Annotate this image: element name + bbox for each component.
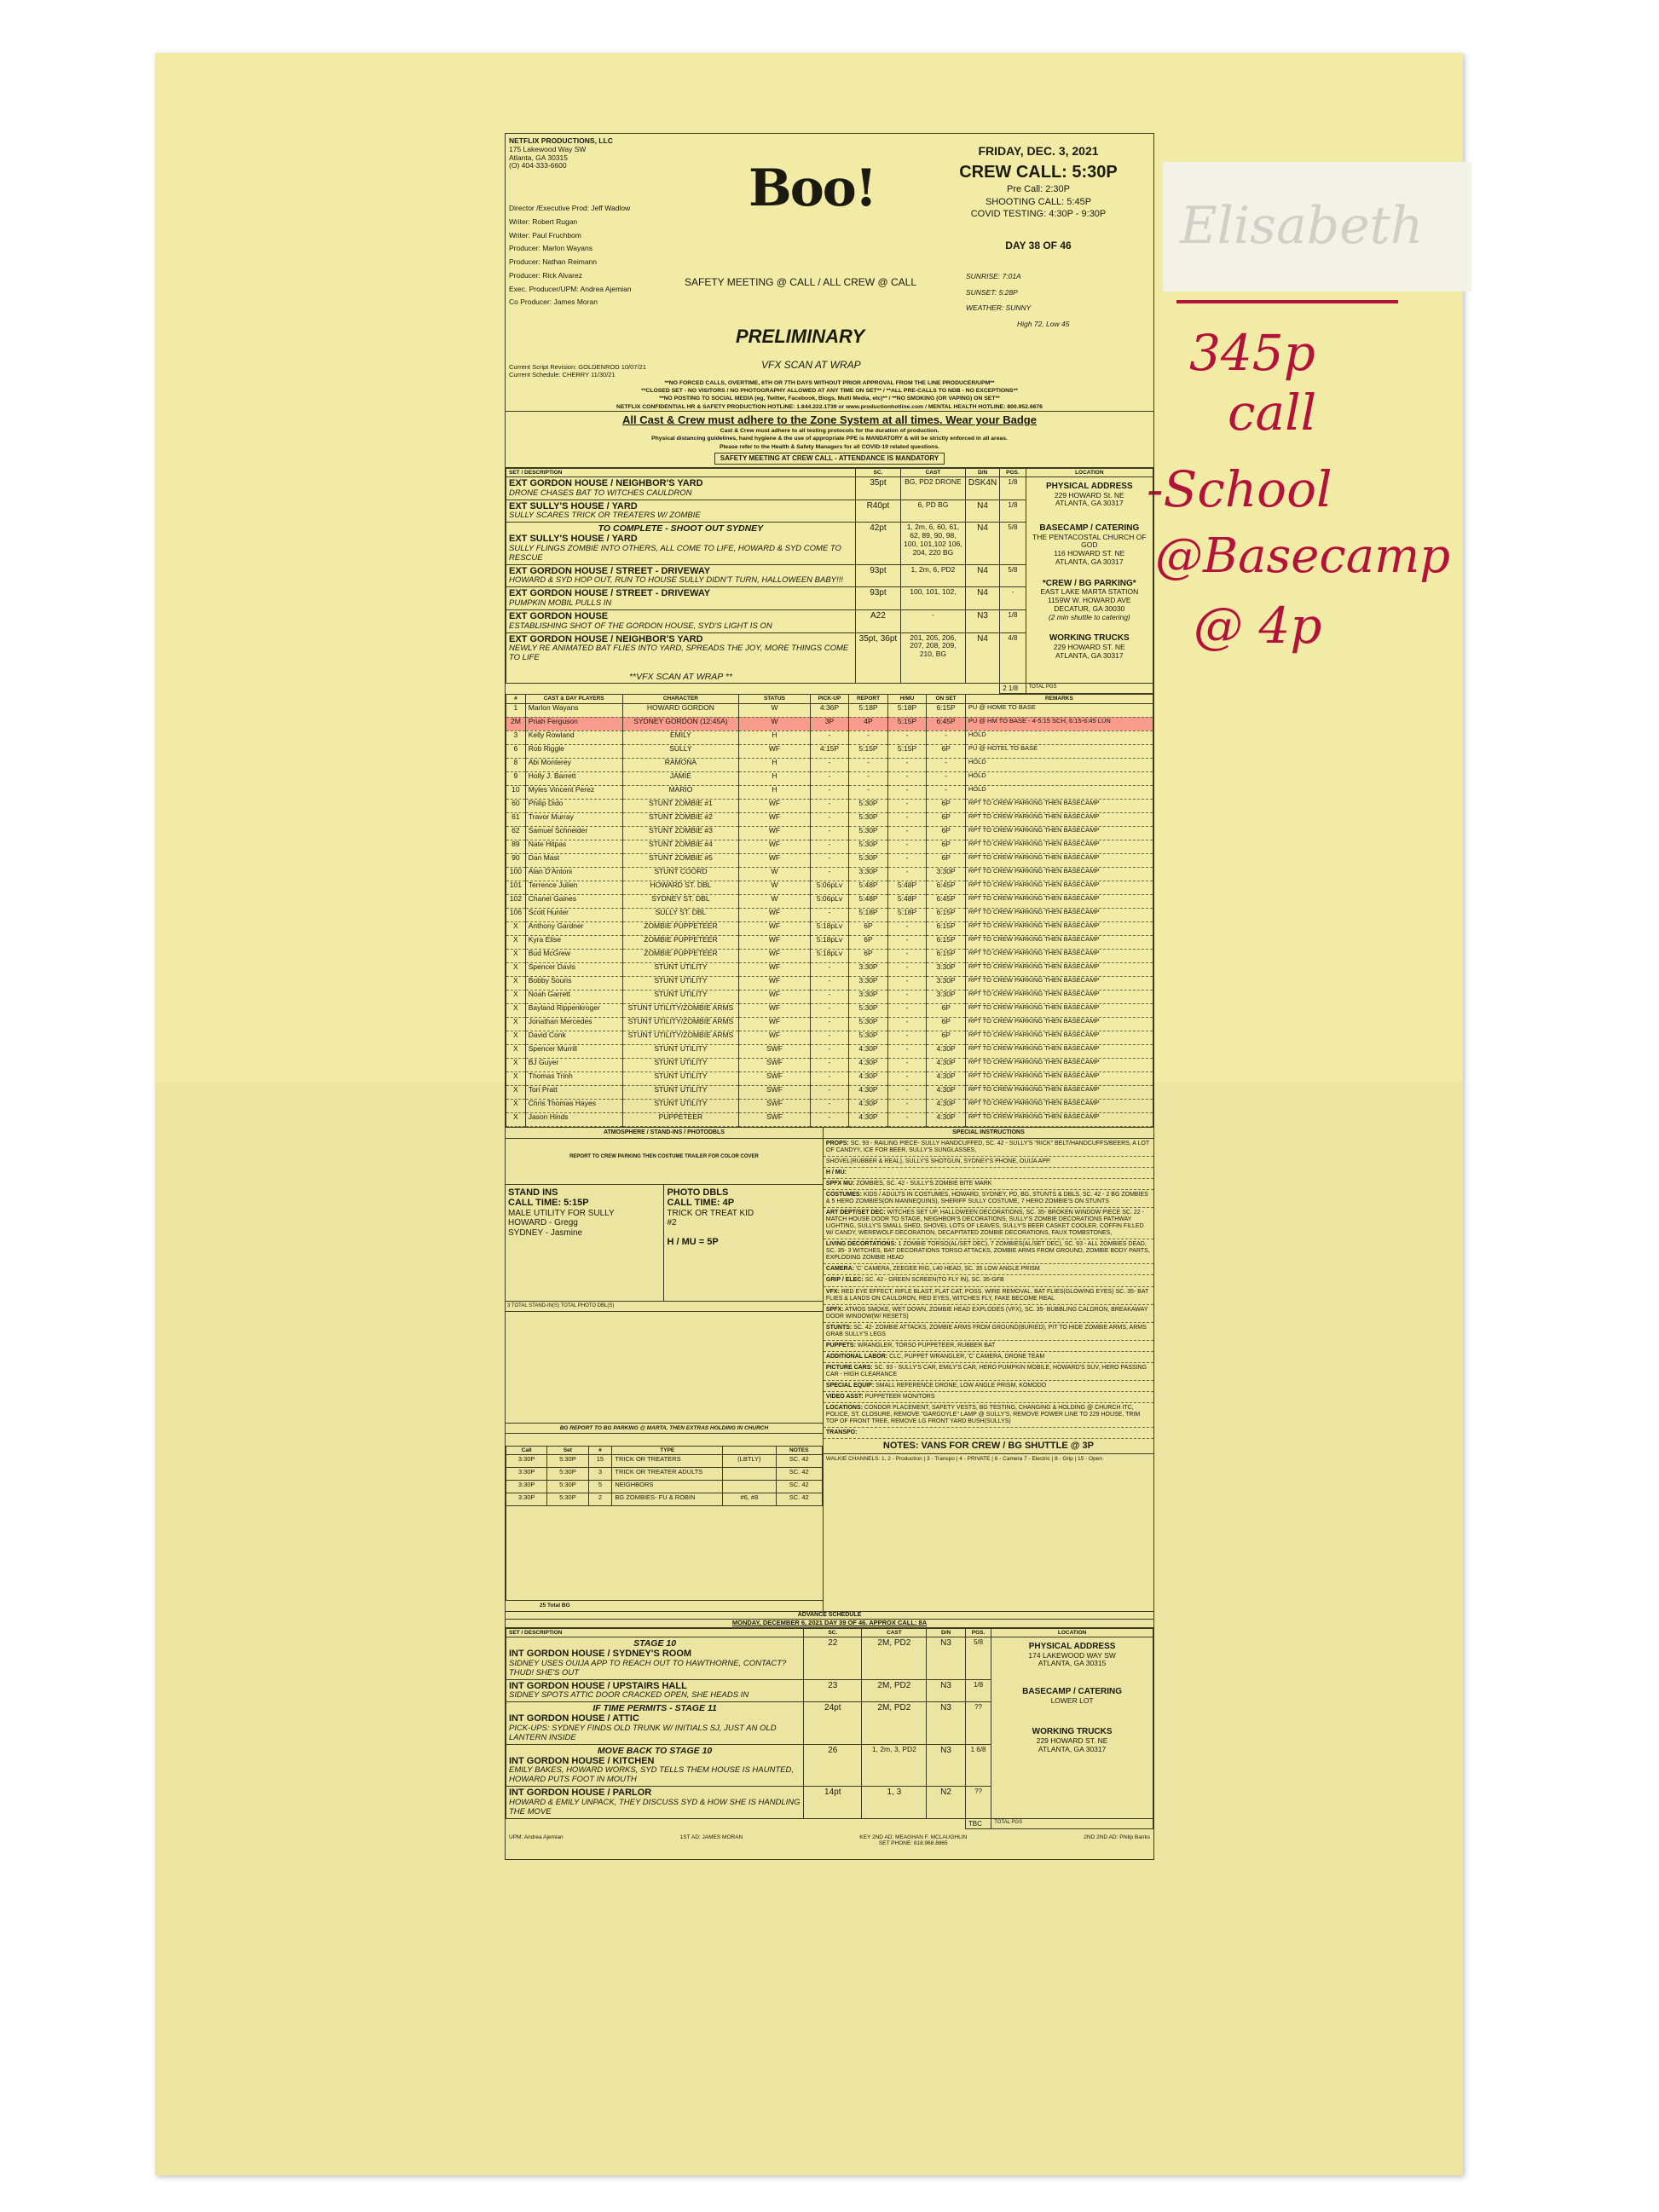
crew-writer-1: Writer: Robert Rugan: [509, 218, 679, 227]
sunrise: SUNRISE: 7:01A: [966, 273, 1145, 281]
cast-number: 10: [506, 785, 526, 799]
character: ZOMBIE PUPPETEER: [622, 949, 739, 962]
scene-cast: -: [900, 609, 965, 632]
col-dn: D/N: [965, 468, 999, 476]
col-location: LOCATION: [991, 1628, 1153, 1637]
cast-number: 106: [506, 908, 526, 921]
character: MARIO: [622, 785, 739, 799]
pickup: -: [810, 785, 849, 799]
status: WF: [739, 812, 810, 826]
report: 3:30P: [849, 976, 888, 990]
scene-dn: N3: [965, 609, 999, 632]
report: 3:30P: [849, 962, 888, 976]
character: EMILY: [622, 731, 739, 744]
pickup: 3P: [810, 717, 849, 731]
handwritten-note-1: 345p: [1189, 324, 1315, 382]
revisions: Current Script Revision: GOLDENROD 10/07…: [509, 364, 646, 378]
handwritten-note-4: @Basecamp: [1155, 528, 1450, 584]
standin-line: MALE UTILITY FOR SULLY: [508, 1209, 661, 1219]
col-pgs: PGS.: [965, 1628, 991, 1637]
col-remarks: REMARKS: [965, 695, 1153, 703]
hmu: -: [887, 771, 927, 785]
onset: -: [927, 785, 966, 799]
report: 5:30P: [849, 853, 888, 867]
location-line: LOWER LOT: [994, 1697, 1150, 1706]
bg-count: 15: [588, 1455, 612, 1468]
location-title: BASECAMP / CATERING: [994, 1687, 1150, 1697]
cast-number: 8: [506, 758, 526, 771]
scene-dn: N3: [927, 1702, 966, 1745]
zone-line: Please refer to the Health & Safety Mana…: [506, 443, 1153, 452]
scene-cast: 1, 2m, 6, PD2: [900, 564, 965, 587]
onset: 3:30P: [927, 867, 966, 881]
cast-name: David Conk: [525, 1031, 622, 1044]
status: W: [739, 867, 810, 881]
scene-pre-note: MOVE BACK TO STAGE 10: [509, 1746, 801, 1756]
onset: 6P: [927, 826, 966, 840]
cast-row: XThomas TrinhSTUNT UTILITYSWF-4:30P-4:30…: [506, 1071, 1153, 1085]
bg-extra: [723, 1481, 776, 1493]
bg-total: 25 Total BG: [506, 1600, 823, 1610]
cast-row: 89Nate HitpasSTUNT ZOMBIE #4WF-5:30P-6PR…: [506, 840, 1153, 853]
vfx-scan-note: **VFX SCAN AT WRAP **: [509, 672, 853, 682]
status: WF: [739, 962, 810, 976]
transpo-notes: NOTES: VANS FOR CREW / BG SHUTTLE @ 3P: [824, 1439, 1153, 1454]
hmu: -: [887, 1017, 927, 1031]
onset: -: [927, 758, 966, 771]
cast-table: # CAST & DAY PLAYERS CHARACTER STATUS PI…: [506, 694, 1153, 1126]
special-line: ART DEPT/SET DEC: WITCHES SET UP, HALLOW…: [824, 1208, 1153, 1239]
onset: -: [927, 771, 966, 785]
cast-row: XBJ GuyerSTUNT UTILITYSWF-4:30P-4:30PRPT…: [506, 1058, 1153, 1071]
character: JAMIE: [622, 771, 739, 785]
character: STUNT UTILITY: [622, 1044, 739, 1058]
special-label: GRIP / ELEC:: [826, 1277, 864, 1283]
special-label: TRANSPO:: [826, 1429, 858, 1435]
cast-number: X: [506, 1044, 526, 1058]
hmu: -: [887, 949, 927, 962]
cast-name: Nate Hitpas: [525, 840, 622, 853]
onset: 6P: [927, 840, 966, 853]
footer-key-2nd-ad: KEY 2ND AD: MEAGHAN F. MCLAUGHLIN: [859, 1834, 967, 1840]
status: WF: [739, 1017, 810, 1031]
pickup: -: [810, 826, 849, 840]
cast-name: Chris Thomas Hayes: [525, 1099, 622, 1112]
scene-pgs: 4/8: [1000, 632, 1026, 684]
bg-report-note: BG REPORT TO BG PARKING @ MARTA, THEN EX…: [506, 1423, 823, 1434]
col-sc: SC.: [855, 468, 900, 476]
special-label: ART DEPT/SET DEC:: [826, 1210, 886, 1216]
cast-name: Marlon Wayans: [525, 703, 622, 717]
cast-number: 60: [506, 799, 526, 812]
bg-type: TRICK OR TREATER ADULTS: [612, 1468, 723, 1481]
atmos-special-section: ATMOSPHERE / STAND-INS / PHOTODBLS REPOR…: [506, 1127, 1153, 1611]
phone: (O) 404-333-6600: [509, 162, 679, 170]
zone-system-notice: All Cast & Crew must adhere to the Zone …: [506, 412, 1153, 468]
onset: 4:30P: [927, 1044, 966, 1058]
remarks: RPT TO CREW PARKING THEN BASECAMP: [965, 1085, 1153, 1099]
character: STUNT UTILITY: [622, 1085, 739, 1099]
bg-table: Call Set # TYPE NOTES 3:30P5:30P15TRICK …: [506, 1446, 823, 1506]
scene-row: EXT GORDON HOUSE / NEIGHBOR'S YARDDRONE …: [506, 477, 1153, 500]
special-line: COSTUMES: KIDS / ADULTS IN COSTUMES, HOW…: [824, 1190, 1153, 1208]
special-text: ZOMBIES, SC. 42 - SULLY'S ZOMBIE BITE MA…: [856, 1181, 991, 1187]
scene-cast: 2M, PD2: [862, 1637, 927, 1680]
cast-row: XTori PrattSTUNT UTILITYSWF-4:30P-4:30PR…: [506, 1085, 1153, 1099]
hmu: 5:15P: [887, 717, 927, 731]
cast-number: 89: [506, 840, 526, 853]
scene-dn: N3: [927, 1744, 966, 1787]
onset: 6P: [927, 799, 966, 812]
report: -: [849, 758, 888, 771]
col-dn: D/N: [927, 1628, 966, 1637]
total-pages: 2 1/8: [1000, 684, 1026, 694]
pickup: -: [810, 1058, 849, 1071]
character: STUNT UTILITY: [622, 962, 739, 976]
remarks: RPT TO CREW PARKING THEN BASECAMP: [965, 990, 1153, 1003]
character: PUPPETEER: [622, 1112, 739, 1126]
special-label: SPECIAL EQUIP:: [826, 1383, 874, 1389]
col-bg-notes: NOTES: [776, 1447, 822, 1455]
remarks: RPT TO CREW PARKING THEN BASECAMP: [965, 1112, 1153, 1126]
report: 5:30P: [849, 1031, 888, 1044]
current-schedule: Current Schedule: CHERRY 11/30/21: [509, 372, 646, 379]
status: WF: [739, 935, 810, 949]
footer-upm: UPM: Andrea Ajemian: [509, 1834, 564, 1847]
pickup: -: [810, 1044, 849, 1058]
bg-call: 3:30P: [506, 1455, 547, 1468]
sticky-note: Elisabeth: [1163, 162, 1471, 292]
special-line: STUNTS: SC. 42- ZOMBIE ATTACKS, ZOMBIE A…: [824, 1323, 1153, 1341]
report: 4:30P: [849, 1058, 888, 1071]
location-title: PHYSICAL ADDRESS: [1029, 482, 1150, 492]
handwritten-rule: [1176, 300, 1398, 303]
pickup: -: [810, 1071, 849, 1085]
walkie-channels: WALKIE CHANNELS: 1, 2 - Production | 3 -…: [824, 1454, 1153, 1464]
cast-number: 101: [506, 881, 526, 894]
special-label: SPFX:: [826, 1307, 844, 1313]
bg-set: 5:30P: [547, 1493, 588, 1506]
cast-row: XChris Thomas HayesSTUNT UTILITYSWF-4:30…: [506, 1099, 1153, 1112]
special-header: SPECIAL INSTRUCTIONS: [824, 1128, 1153, 1139]
status: SWF: [739, 1071, 810, 1085]
remarks: PU @ HM TO BASE - 4-5:15 SCH, 6:15-6:45 …: [965, 717, 1153, 731]
cast-name: Travor Murray: [525, 812, 622, 826]
location-line: ATLANTA, GA 30317: [1029, 558, 1150, 567]
bg-extra: #6, #8: [723, 1493, 776, 1506]
hmu: -: [887, 826, 927, 840]
cast-name: Spencer Davis: [525, 962, 622, 976]
pickup: -: [810, 1017, 849, 1031]
cast-name: Terrence Julien: [525, 881, 622, 894]
hmu: -: [887, 1112, 927, 1126]
scene-dn: N3: [927, 1679, 966, 1702]
pickup: 5:18pLv: [810, 935, 849, 949]
special-line: VIDEO ASST: PUPPETEER MONITORS: [824, 1392, 1153, 1403]
status: WF: [739, 949, 810, 962]
sunset: SUNSET: 5:28P: [966, 289, 1145, 297]
cast-name: Scott Hunter: [525, 908, 622, 921]
remarks: RPT TO CREW PARKING THEN BASECAMP: [965, 826, 1153, 840]
cast-number: X: [506, 921, 526, 935]
special-label: PUPPETS:: [826, 1343, 856, 1349]
character: STUNT ZOMBIE #4: [622, 840, 739, 853]
col-cast: CAST: [862, 1628, 927, 1637]
special-text: SMALL REFERENCE DRONE, LOW ANGLE PRISM, …: [876, 1383, 1046, 1389]
bg-type: BG ZOMBIES- FU & ROBIN: [612, 1493, 723, 1506]
col-report: REPORT: [849, 695, 888, 703]
cast-number: 9: [506, 771, 526, 785]
bg-call: 3:30P: [506, 1493, 547, 1506]
location-line: THE PENTACOSTAL CHURCH OF GOD: [1029, 534, 1150, 551]
scene-desc: SULLY SCARES TRICK OR TREATERS W/ ZOMBIE: [509, 511, 853, 521]
status: WF: [739, 799, 810, 812]
remarks: RPT TO CREW PARKING THEN BASECAMP: [965, 1031, 1153, 1044]
crew-co-producer: Co Producer: James Moran: [509, 298, 679, 307]
remarks: RPT TO CREW PARKING THEN BASECAMP: [965, 1058, 1153, 1071]
bg-count: 5: [588, 1481, 612, 1493]
scene-cast: 1, 2m, 6, 60, 61, 62, 89, 90, 98, 100, 1…: [900, 523, 965, 565]
cast-number: X: [506, 935, 526, 949]
cast-name: Bayland Rippenkroger: [525, 1003, 622, 1017]
cast-row: 6Rob RiggleSULLYWF4:15P5:15P5:15P6PPU @ …: [506, 744, 1153, 758]
status: W: [739, 703, 810, 717]
call-times: FRIDAY, DEC. 3, 2021 CREW CALL: 5:30P Pr…: [932, 144, 1145, 337]
remarks: RPT TO CREW PARKING THEN BASECAMP: [965, 799, 1153, 812]
scene-pre-note: TO COMPLETE - SHOOT OUT SYDNEY: [509, 523, 853, 534]
pickup: -: [810, 799, 849, 812]
cast-name: Philip Dido: [525, 799, 622, 812]
pickup: -: [810, 771, 849, 785]
special-text: ATMOS SMOKE, WET DOWN, ZOMBIE HEAD EXPLO…: [826, 1307, 1147, 1320]
report: 5:30P: [849, 840, 888, 853]
scene-number: 22: [804, 1637, 862, 1680]
bg-type: TRICK OR TREATERS: [612, 1455, 723, 1468]
pickup: -: [810, 867, 849, 881]
mandatory-meeting-box: SAFETY MEETING AT CREW CALL - ATTENDANCE…: [714, 453, 945, 464]
scene-pre-note: IF TIME PERMITS - STAGE 11: [509, 1703, 801, 1713]
scene-number: 26: [804, 1744, 862, 1787]
onset: 6:15P: [927, 935, 966, 949]
hmu: -: [887, 785, 927, 799]
character: SULLY ST. DBL: [622, 908, 739, 921]
bg-notes: SC. 42: [776, 1493, 822, 1506]
photo-doubles: PHOTO DBLS CALL TIME: 4P TRICK OR TREAT …: [664, 1185, 822, 1301]
special-line: CAMERA: 'C' CAMERA, ZEEGEE RIG, L40 HEAD…: [824, 1264, 1153, 1275]
scene-number: 23: [804, 1679, 862, 1702]
remarks: RPT TO CREW PARKING THEN BASECAMP: [965, 840, 1153, 853]
scene-title: EXT GORDON HOUSE / NEIGHBOR'S YARD: [509, 478, 853, 489]
pre-call: Pre Call: 2:30P: [932, 184, 1145, 195]
cast-name: Rob Riggle: [525, 744, 622, 758]
cast-row: XAnthony GardnerZOMBIE PUPPETEERWF5:18pL…: [506, 921, 1153, 935]
report: 3:30P: [849, 990, 888, 1003]
special-label: LOCATIONS:: [826, 1405, 863, 1411]
special-text: CLC, PUPPET WRANGLER, 'C' CAMERA, DRONE …: [889, 1354, 1044, 1360]
location-line: ATLANTA, GA 30315: [994, 1660, 1150, 1668]
boo-logo: Boo!: [749, 159, 876, 218]
character: STUNT UTILITY/ZOMBIE ARMS: [622, 1003, 739, 1017]
special-text: 'C' CAMERA, ZEEGEE RIG, L40 HEAD, SC. 35…: [856, 1266, 1040, 1272]
cast-number: 1: [506, 703, 526, 717]
status: WF: [739, 744, 810, 758]
cast-number: X: [506, 1112, 526, 1126]
scene-pgs: ??: [965, 1787, 991, 1818]
report: 4:30P: [849, 1099, 888, 1112]
scene-desc: SIDNEY SPOTS ATTIC DOOR CRACKED OPEN, SH…: [509, 1691, 801, 1701]
scene-number: 93pt: [855, 587, 900, 610]
special-label: COSTUMES:: [826, 1192, 862, 1198]
special-text: CONDOR PLACEMENT, SAFETY VESTS, BG TESTI…: [826, 1405, 1140, 1424]
cast-name: Myles Vincent Perez: [525, 785, 622, 799]
crew-exec-producer: Exec. Producer/UPM: Andrea Ajemian: [509, 286, 679, 294]
special-line: SPECIAL EQUIP: SMALL REFERENCE DRONE, LO…: [824, 1381, 1153, 1392]
special-instructions: SPECIAL INSTRUCTIONS PROPS: SC. 93 - RAI…: [824, 1128, 1153, 1611]
cast-number: X: [506, 1099, 526, 1112]
zone-line: Cast & Crew must adhere to all testing p…: [506, 427, 1153, 436]
zone-headline: All Cast & Crew must adhere to the Zone …: [506, 414, 1153, 427]
scene-desc: ESTABLISHING SHOT OF THE GORDON HOUSE, S…: [509, 622, 853, 632]
cast-row: XJonathan MercedesSTUNT UTILITY/ZOMBIE A…: [506, 1017, 1153, 1031]
scene-pre-note: STAGE 10: [509, 1638, 801, 1649]
photo-dbls-call: CALL TIME: 4P: [667, 1198, 819, 1209]
col-onset: ON SET: [927, 695, 966, 703]
status: H: [739, 731, 810, 744]
remarks: RPT TO CREW PARKING THEN BASECAMP: [965, 1071, 1153, 1085]
status: H: [739, 758, 810, 771]
onset: 6:45P: [927, 717, 966, 731]
cast-name: Spencer Murrill: [525, 1044, 622, 1058]
scene-number: A22: [855, 609, 900, 632]
bg-notes: SC. 42: [776, 1481, 822, 1493]
advance-date: MONDAY, DECEMBER 6, 2021 DAY 39 OF 46. A…: [506, 1620, 1153, 1628]
scene-number: 14pt: [804, 1787, 862, 1818]
special-line: LIVING DECORTATIONS: 1 ZOMBIE TORSO(AL/S…: [824, 1239, 1153, 1264]
col-status: STATUS: [739, 695, 810, 703]
special-text: KIDS / ADULTS IN COSTUMES, HOWARD, SYDNE…: [826, 1192, 1148, 1204]
cast-row: 106Scott HunterSULLY ST. DBLWF-5:18P5:18…: [506, 908, 1153, 921]
pickup: 5:06pLv: [810, 894, 849, 908]
scene-table: SET / DESCRIPTION SC. CAST D/N PGS. LOCA…: [506, 468, 1153, 695]
hmu: -: [887, 731, 927, 744]
policy-notices: **NO FORCED CALLS, OVERTIME, 6TH OR 7TH …: [506, 379, 1153, 411]
col-pickup: PICK-UP: [810, 695, 849, 703]
cast-row: 3Kelly RowlandEMILYH----HOLD: [506, 731, 1153, 744]
special-line: SPFX: ATMOS SMOKE, WET DOWN, ZOMBIE HEAD…: [824, 1305, 1153, 1323]
report: 5:48P: [849, 894, 888, 908]
pickup: 4:36P: [810, 703, 849, 717]
status: WF: [739, 990, 810, 1003]
cast-row: 101Terrence JulienHOWARD ST. DBLW5:06pLv…: [506, 881, 1153, 894]
cast-number: X: [506, 1085, 526, 1099]
hmu: 5:48P: [887, 894, 927, 908]
key-crew: Director /Executive Prod: Jeff Wadlow Wr…: [509, 205, 679, 307]
bg-row: 3:30P5:30P2BG ZOMBIES- FU & ROBIN#6, #8S…: [506, 1493, 823, 1506]
scene-number: R40pt: [855, 500, 900, 523]
report: 5:48P: [849, 881, 888, 894]
character: SYDNEY ST. DBL: [622, 894, 739, 908]
cast-number: X: [506, 1003, 526, 1017]
scene-number: 93pt: [855, 564, 900, 587]
special-label: H / MU:: [826, 1170, 847, 1175]
scene-pgs: 1 6/8: [965, 1744, 991, 1787]
status: SWF: [739, 1099, 810, 1112]
advance-scene-table: SET / DESCRIPTION SC. CAST D/N PGS. LOCA…: [506, 1628, 1153, 1829]
scene-cast: 1, 3: [862, 1787, 927, 1818]
special-label: CAMERA:: [826, 1266, 854, 1272]
character: STUNT UTILITY: [622, 1071, 739, 1085]
special-line: PROPS: SC. 93 - RAILING PIECE- SULLY HAN…: [824, 1139, 1153, 1157]
advance-location-cell: PHYSICAL ADDRESS 174 LAKEWOOD WAY SW ATL…: [991, 1637, 1153, 1819]
onset: 6:15P: [927, 921, 966, 935]
report: -: [849, 771, 888, 785]
remarks: RPT TO CREW PARKING THEN BASECAMP: [965, 1017, 1153, 1031]
preliminary-label: PRELIMINARY: [736, 326, 864, 347]
shoot-date: FRIDAY, DEC. 3, 2021: [932, 144, 1145, 158]
scene-dn: N4: [965, 587, 999, 610]
cast-number: 102: [506, 894, 526, 908]
onset: 6:15P: [927, 703, 966, 717]
scene-desc: SIDNEY USES OUIJA APP TO REACH OUT TO HA…: [509, 1660, 801, 1678]
bg-row: 3:30P5:30P15TRICK OR TREATERS(LBTLY)SC. …: [506, 1455, 823, 1468]
atmosphere-panel: ATMOSPHERE / STAND-INS / PHOTODBLS REPOR…: [506, 1128, 824, 1611]
cast-number: X: [506, 976, 526, 990]
scene-pgs: 1/8: [1000, 477, 1026, 500]
pickup: 5:18pLv: [810, 921, 849, 935]
report: 4:30P: [849, 1071, 888, 1085]
character: ZOMBIE PUPPETEER: [622, 935, 739, 949]
status: WF: [739, 853, 810, 867]
character: ZOMBIE PUPPETEER: [622, 921, 739, 935]
scene-title: INT GORDON HOUSE / SYDNEY'S ROOM: [509, 1649, 801, 1660]
cast-row: 2MPriah FergusonSYDNEY GORDON (12:45A)W3…: [506, 717, 1153, 731]
scene-desc: SULLY FLINGS ZOMBIE INTO OTHERS, ALL COM…: [509, 545, 853, 563]
covid-testing: COVID TESTING: 4:30P - 9:30P: [932, 209, 1145, 220]
hmu: -: [887, 1099, 927, 1112]
hmu: -: [887, 758, 927, 771]
bg-set: 5:30P: [547, 1468, 588, 1481]
cast-name: Kelly Rowland: [525, 731, 622, 744]
cast-row: 100Alan D'AntoniSTUNT COORDW-3:30P-3:30P…: [506, 867, 1153, 881]
report: 5:30P: [849, 1017, 888, 1031]
cast-number: X: [506, 1017, 526, 1031]
remarks: RPT TO CREW PARKING THEN BASECAMP: [965, 1003, 1153, 1017]
report: 4:30P: [849, 1044, 888, 1058]
special-label: STUNTS:: [826, 1325, 852, 1331]
cast-name: Samuel Schneider: [525, 826, 622, 840]
remarks: RPT TO CREW PARKING THEN BASECAMP: [965, 1099, 1153, 1112]
report: 4:30P: [849, 1112, 888, 1126]
bg-call: 3:30P: [506, 1481, 547, 1493]
report: -: [849, 731, 888, 744]
scene-desc: HOWARD & SYD HOP OUT, RUN TO HOUSE SULLY…: [509, 576, 853, 586]
scene-cast: 100, 101, 102,: [900, 587, 965, 610]
cast-number: 61: [506, 812, 526, 826]
pickup: -: [810, 731, 849, 744]
special-line: H / MU:: [824, 1168, 1153, 1179]
pickup: -: [810, 812, 849, 826]
onset: 3:30P: [927, 990, 966, 1003]
special-line: LOCATIONS: CONDOR PLACEMENT, SAFETY VEST…: [824, 1403, 1153, 1428]
vfx-scan-label: VFX SCAN AT WRAP: [761, 360, 861, 372]
pickup: -: [810, 853, 849, 867]
cast-row: XSpencer DavisSTUNT UTILITYWF-3:30P-3:30…: [506, 962, 1153, 976]
character: STUNT ZOMBIE #5: [622, 853, 739, 867]
status: W: [739, 717, 810, 731]
status: SWF: [739, 1058, 810, 1071]
pickup: -: [810, 1099, 849, 1112]
remarks: PU @ HOTEL TO BASE: [965, 744, 1153, 758]
